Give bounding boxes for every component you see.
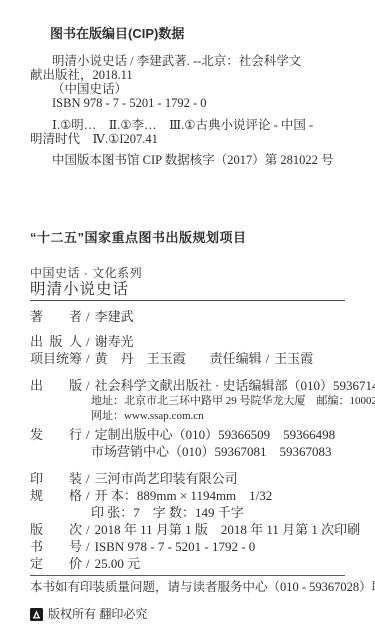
sheets-wordcount-line: 印 张：7 字 数：149 千字 [30, 504, 345, 521]
cip-classification: Ⅰ.①明… Ⅱ.①李… Ⅲ.①古典小说评论 - 中国 - 明清时代 Ⅳ.①I20… [30, 118, 345, 146]
credit-row-isbn: 书号/ISBN 978 - 7 - 5201 - 1792 - 0 [30, 538, 345, 555]
credit-label: 发行 [30, 426, 82, 443]
credit-separator: / [86, 539, 90, 554]
credit-row-distribution: 发行/定制出版中心（010）59366509 59366498 [30, 426, 345, 443]
credit-row-format: 规格/开 本：889mm × 1194mm 1/32 [30, 487, 345, 504]
cip-record-line: （中国史话） [30, 82, 345, 96]
copyright-text: 版权所有 翻印必究 [48, 608, 147, 621]
copyright-page: 图书在版编目(CIP)数据 明清小说史话 / 李建武著. --北京：社会科学文 … [0, 0, 375, 626]
national-project-badge: “十二五”国家重点图书出版规划项目 [30, 231, 345, 245]
credit-value: 谢寿光 [95, 334, 134, 349]
credit-label: 出版 [30, 377, 82, 394]
credit-row-coordinator: 项目统筹/黄 丹 王玉霞责任编辑/王玉霞 [30, 350, 345, 367]
credit-label: 项目统筹 [30, 350, 82, 367]
credit-separator: / [266, 351, 270, 366]
cip-record: 明清小说史话 / 李建武著. --北京：社会科学文 献出版社，2018.11 （… [30, 54, 345, 167]
credit-separator: / [86, 471, 90, 486]
credit-value: 社会科学文献出版社 · 史话编辑部（010）59367143 [95, 378, 375, 393]
credit-row-price: 定价/25.00 元 [30, 555, 345, 572]
footer-divider [30, 575, 345, 576]
credit-separator: / [86, 378, 90, 393]
publisher-website: 网址：www.ssap.com.cn [30, 409, 345, 424]
publisher-address: 地址：北京市北三环中路甲 29 号院华龙大厦 邮编：100029 [30, 394, 345, 409]
credit-separator: / [86, 334, 90, 349]
credit-value: 定制出版中心（010）59366509 59366498 [95, 427, 336, 442]
credit-label-secondary: 责任编辑 [210, 350, 262, 367]
publication-credits: 著者/李建武 出版人/谢寿光 项目统筹/黄 丹 王玉霞责任编辑/王玉霞 出版/社… [30, 308, 345, 572]
credit-label: 书号 [30, 538, 82, 555]
credit-separator: / [86, 427, 90, 442]
credit-separator: / [86, 488, 90, 503]
cip-record-line: 献出版社，2018.11 [30, 68, 345, 82]
copyright-statement: 版权所有 翻印必究 [30, 608, 345, 621]
credit-separator: / [86, 351, 90, 366]
cip-class-line: 明清时代 Ⅳ.①I207.41 [30, 132, 345, 146]
credit-separator: / [86, 522, 90, 537]
anti-piracy-logo-icon [30, 608, 43, 621]
cip-header: 图书在版编目(CIP)数据 [50, 27, 345, 41]
credit-label: 出版人 [30, 333, 82, 350]
quality-service-note: 本书如有印装质量问题，请与读者服务中心（010 - 59367028）联系 [30, 580, 345, 594]
credit-label: 规格 [30, 487, 82, 504]
credit-value: 2018 年 11 月第 1 版 2018 年 11 月第 1 次印刷 [95, 522, 361, 537]
credit-row-publishing-house: 出版/社会科学文献出版社 · 史话编辑部（010）59367143 [30, 377, 345, 394]
credit-value: 25.00 元 [95, 556, 141, 571]
credit-label: 定价 [30, 555, 82, 572]
credit-label: 版次 [30, 521, 82, 538]
credit-label: 著者 [30, 308, 82, 325]
credit-value: 三河市尚艺印装有限公司 [95, 471, 238, 486]
credit-row-author: 著者/李建武 [30, 308, 345, 325]
credit-value: 黄 丹 王玉霞 [95, 351, 186, 366]
credit-value: 李建武 [95, 309, 134, 324]
credit-separator: / [86, 309, 90, 324]
cip-record-line: ISBN 978 - 7 - 5201 - 1792 - 0 [30, 96, 345, 110]
title-block: 中国史话 · 文化系列 明清小说史话 [30, 267, 345, 301]
cip-record-line: 明清小说史话 / 李建武著. --北京：社会科学文 [30, 54, 345, 68]
credit-value-secondary: 王玉霞 [274, 351, 313, 366]
book-title: 明清小说史话 [30, 281, 345, 298]
credit-row-edition: 版次/2018 年 11 月第 1 版 2018 年 11 月第 1 次印刷 [30, 521, 345, 538]
credit-label: 印装 [30, 470, 82, 487]
credit-value: 开 本：889mm × 1194mm 1/32 [95, 488, 273, 503]
credit-value: ISBN 978 - 7 - 5201 - 1792 - 0 [95, 539, 256, 554]
cip-class-line: Ⅰ.①明… Ⅱ.①李… Ⅲ.①古典小说评论 - 中国 - [30, 118, 345, 132]
series-name: 中国史话 · 文化系列 [30, 267, 345, 280]
credit-row-publisher-person: 出版人/谢寿光 [30, 333, 345, 350]
credit-row-printing: 印装/三河市尚艺印装有限公司 [30, 470, 345, 487]
credit-separator: / [86, 556, 90, 571]
marketing-center-line: 市场营销中心（010）59367081 59367083 [30, 443, 345, 460]
cip-registry-number: 中国版本图书馆 CIP 数据核字（2017）第 281022 号 [30, 153, 345, 167]
